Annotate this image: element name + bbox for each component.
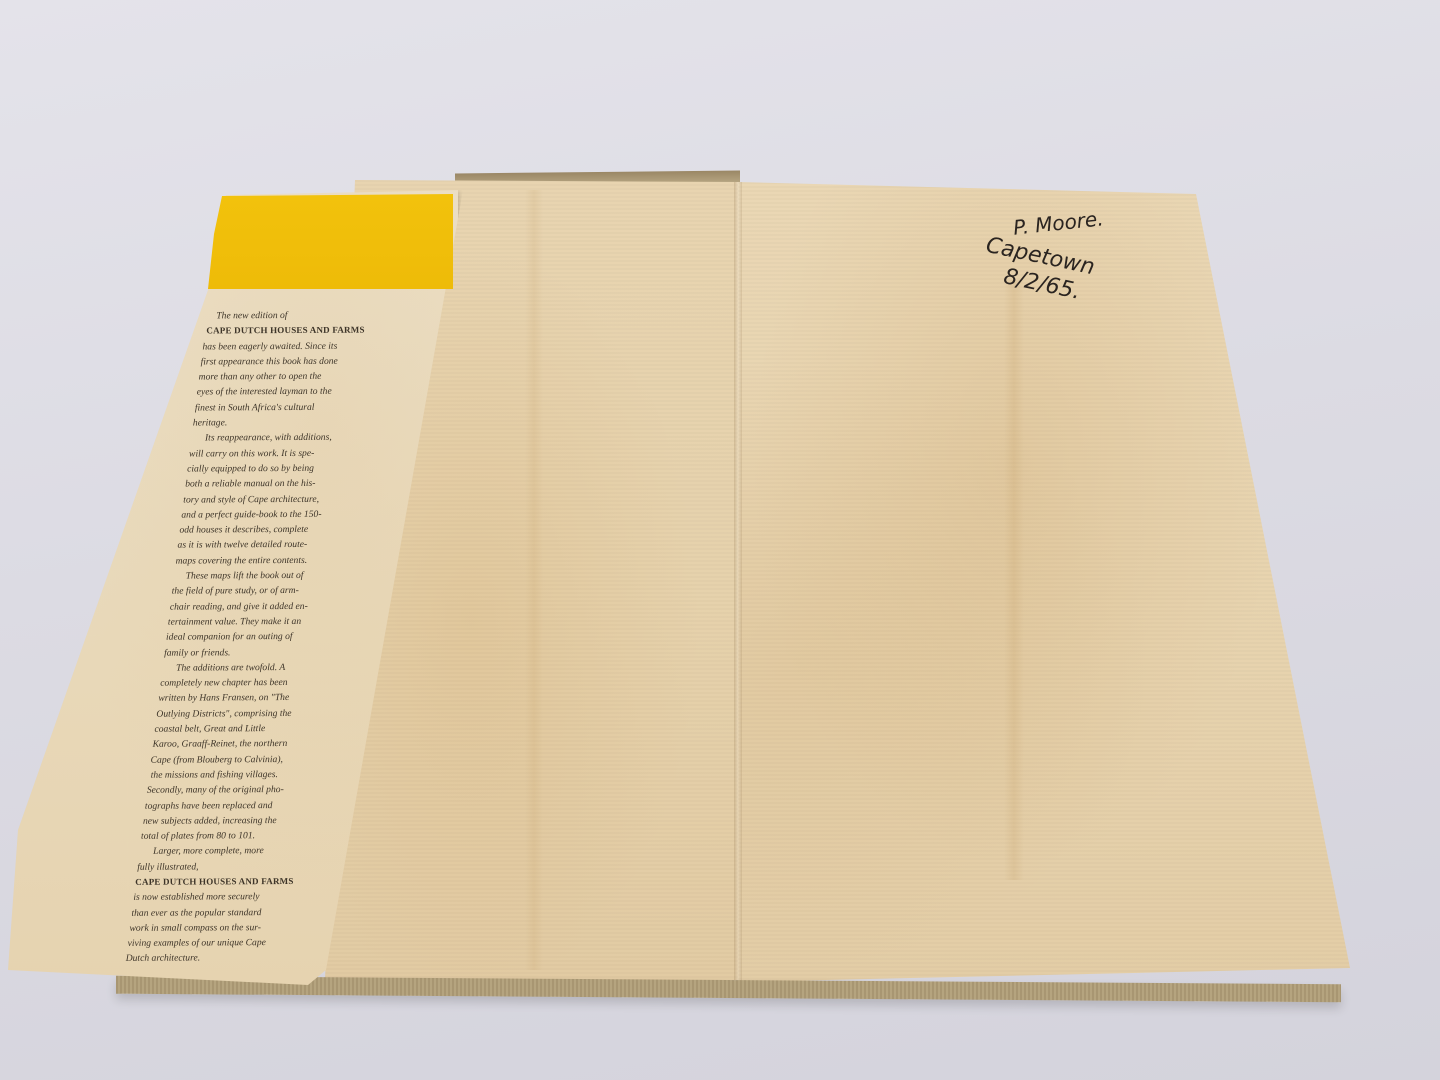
right-endpaper [738,182,1350,982]
blurb-line: more than any other to open the [149,368,429,385]
blurb-line: the missions and fishing villages. [151,766,431,783]
blurb-line: odd houses it describes, complete [149,521,429,538]
blurb-line: Its reappearance, with additions, [149,430,429,447]
blurb-line: both a reliable manual on the his- [149,476,429,493]
blurb-line: cially equipped to do so by being [149,460,429,477]
blurb-line: The new edition of [148,307,428,324]
blurb-line: These maps lift the book out of [150,567,430,584]
blurb-line: fully illustrated, [137,858,431,875]
blurb-line: new subjects added, increasing the [143,812,431,829]
blurb-line: and a perfect guide-book to the 150- [149,506,429,523]
wooden-edge [0,0,91,48]
blurb-line: Dutch architecture. [126,950,432,967]
photo-scene: The new edition of CAPE DUTCH HOUSES AND… [0,0,1440,1080]
blurb-line: family or friends. [150,644,430,661]
blurb-line: coastal belt, Great and Little [150,720,430,737]
blurb-line: total of plates from 80 to 101. [141,827,431,844]
blurb-line: than ever as the popular standard [131,904,431,921]
blurb-line: the field of pure study, or of arm- [150,583,430,600]
blurb-line: Karoo, Graaff-Reinet, the northern [151,736,431,753]
blurb-line: first appearance this book has done [149,353,429,370]
blurb-line: Outlying Districts", comprising the [150,705,430,722]
blurb-line: written by Hans Fransen, on "The [150,690,430,707]
jacket-yellow-band [208,194,453,289]
blurb-line: will carry on this work. It is spe- [149,445,429,462]
blurb-line: tertainment value. They make it an [150,613,430,630]
book-gutter [734,182,742,982]
blurb-line: completely new chapter has been [150,674,430,691]
blurb-line: CAPE DUTCH HOUSES AND FARMS [148,323,428,340]
blurb-line: CAPE DUTCH HOUSES AND FARMS [135,873,431,890]
blurb-line: chair reading, and give it added en- [150,598,430,615]
foxing-stain [525,190,543,970]
blurb-line: tographs have been replaced and [145,797,431,814]
blurb-line: finest in South Africa's cultural [149,399,429,416]
blurb-line: Secondly, many of the original pho- [147,781,431,798]
blurb-line: as it is with twelve detailed route- [149,537,429,554]
blurb-line: heritage. [149,414,429,431]
blurb-line: Larger, more complete, more [153,843,431,860]
blurb-line: maps covering the entire contents. [150,552,430,569]
foxing-stain [1004,280,1024,880]
blurb-line: Cape (from Blouberg to Calvinia), [151,751,431,768]
jacket-blurb: The new edition of CAPE DUTCH HOUSES AND… [148,307,431,966]
blurb-line: eyes of the interested layman to the [149,384,429,401]
blurb-line: work in small compass on the sur- [129,919,431,936]
blurb-line: is now established more securely [133,889,431,906]
blurb-line: viving examples of our unique Cape [128,934,432,951]
blurb-line: The additions are twofold. A [150,659,430,676]
blurb-line: has been eagerly awaited. Since its [148,338,428,355]
blurb-line: ideal companion for an outing of [150,629,430,646]
blurb-line: tory and style of Cape architecture, [149,491,429,508]
